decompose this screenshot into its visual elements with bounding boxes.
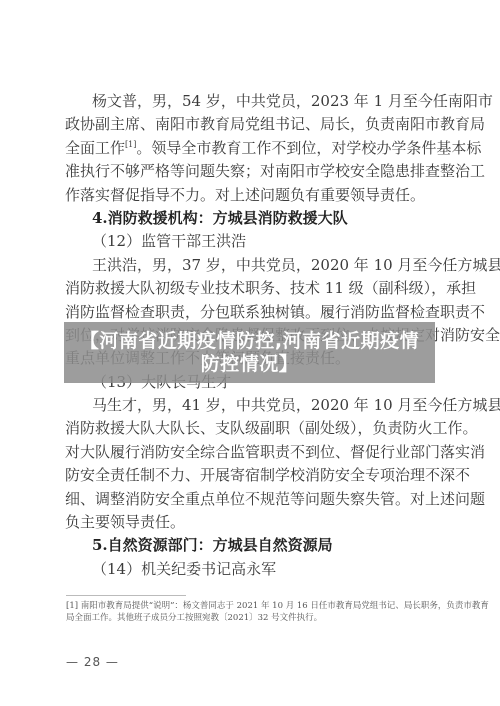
paragraph-line: 政协副主席、南阳市教育局党组书记、局长，负责南阳市教育局 xyxy=(65,113,435,136)
page-number: — 28 — xyxy=(66,655,119,669)
footnote-ref[interactable]: [1] xyxy=(125,140,136,149)
item-heading: （12）监管干部王洪浩 xyxy=(65,230,435,253)
paragraph-line: 作落实督促指导不力。对上述问题负有重要领导责任。 xyxy=(65,184,435,207)
paragraph-line: 马生才，男，41 岁，中共党员，2020 年 10 月至今任方城县 xyxy=(65,394,435,417)
footnote-line: 局全面工作。其他班子成员分工按照宛教〔2021〕32 号文件执行。 xyxy=(66,612,438,624)
paragraph-line: 细、调整消防安全重点单位不规范等问题失察失管。对上述问题 xyxy=(65,488,435,511)
paragraph-line: 防安全责任制不力、开展寄宿制学校消防安全专项治理不深不 xyxy=(65,464,435,487)
paragraph-line: 对大队履行消防安全综合监管职责不到位、督促行业部门落实消 xyxy=(65,441,435,464)
paragraph-line: 全面工作[1]。领导全市教育工作不到位，对学校办学条件基本标 xyxy=(65,137,435,160)
paragraph-line: 消防救援大队初级专业技术职务、技术 11 级（副科级），承担 xyxy=(65,277,435,300)
paragraph-line: 王洪浩，男，37 岁，中共党员，2020 年 10 月至今任方城县 xyxy=(65,254,435,277)
footnote-divider xyxy=(66,595,186,596)
paragraph-line: 准执行不够严格等问题失察；对南阳市学校安全隐患排查整治工 xyxy=(65,160,435,183)
paragraph-line: 负主要领导责任。 xyxy=(65,511,435,534)
section-heading: 5.自然资源部门：方城县自然资源局 xyxy=(65,534,435,557)
section-heading: 4.消防救援机构：方城县消防救援大队 xyxy=(65,207,435,230)
paragraph-line: 消防监督检查职责，分包联系独树镇。履行消防监督检查职责不 xyxy=(65,301,435,324)
paragraph-line: 杨文普，男，54 岁，中共党员，2023 年 1 月至今任南阳市 xyxy=(65,90,435,113)
footnote-line: [1] 南阳市教育局提供“说明”：杨文普同志于 2021 年 10 月 16 日… xyxy=(66,600,438,612)
item-heading: （14）机关纪委书记高永军 xyxy=(65,558,435,581)
line-text: 。领导全市教育工作不到位，对学校办学条件基本标 xyxy=(136,139,481,157)
overlay-title: 【河南省近期疫情防控,河南省近期疫情防控情况】 xyxy=(80,330,420,376)
footnote: [1] 南阳市教育局提供“说明”：杨文普同志于 2021 年 10 月 16 日… xyxy=(66,600,438,624)
line-text: 全面工作 xyxy=(65,139,125,157)
title-overlay-banner: 【河南省近期疫情防控,河南省近期疫情防控情况】 xyxy=(64,322,435,383)
paragraph-line: 消防救援大队大队长、支队级副职（副处级），负责防火工作。 xyxy=(65,417,435,440)
